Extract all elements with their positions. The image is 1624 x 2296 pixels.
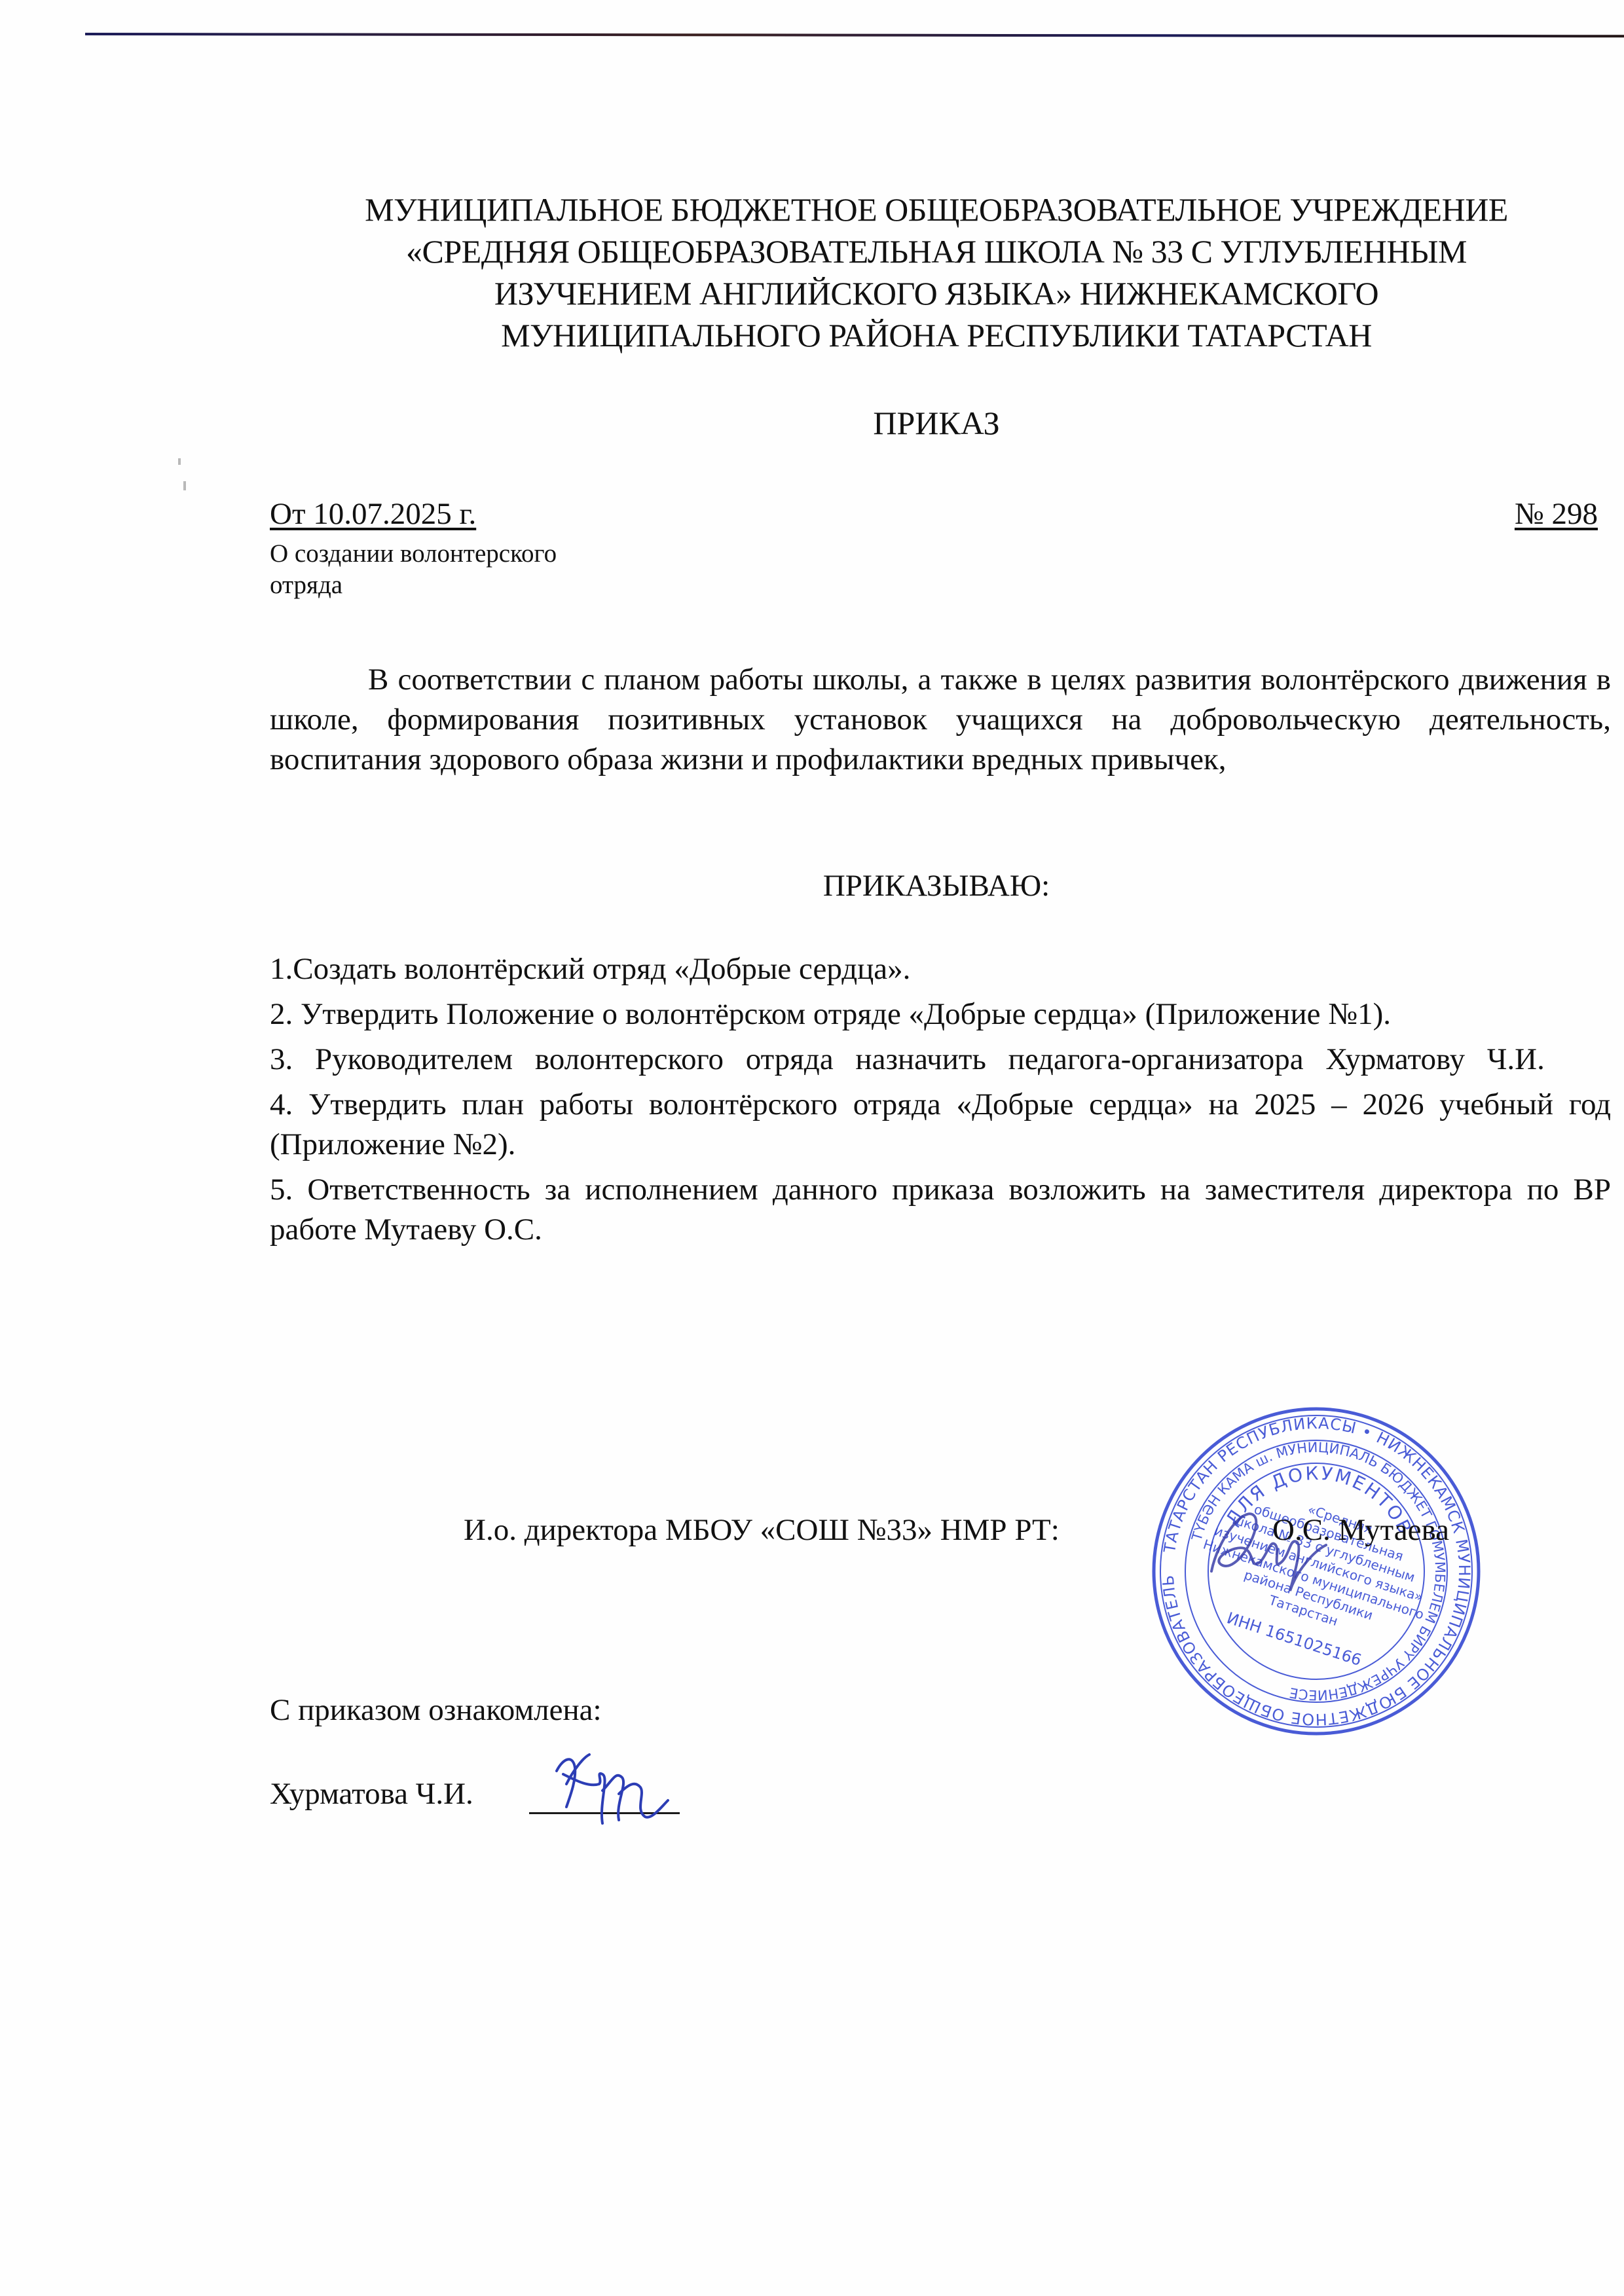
order-item: 2. Утвердить Положение о волонтёрском от… [270,994,1611,1034]
acknowledgement-handwritten-signature-icon [537,1745,694,1830]
header-line: МУНИЦИПАЛЬНОЕ БЮДЖЕТНОЕ ОБЩЕОБРАЗОВАТЕЛЬ… [249,189,1624,230]
order-date: От 10.07.2025 г. [270,496,476,532]
order-subject: О создании волонтерского отряда [270,538,557,601]
svg-text:ИНН 1651025166: ИНН 1651025166 [1225,1609,1364,1669]
header-line: «СРЕДНЯЯ ОБЩЕОБРАЗОВАТЕЛЬНАЯ ШКОЛА № 33 … [249,230,1624,272]
scan-edge-line [85,33,1624,37]
acknowledgement-label: С приказом ознакомлена: [270,1692,602,1728]
header-line: МУНИЦИПАЛЬНОГО РАЙОНА РЕСПУБЛИКИ ТАТАРСТ… [249,314,1624,356]
order-item: 5. Ответственность за исполнением данног… [270,1170,1611,1250]
scan-speck [183,481,186,490]
document-page: МУНИЦИПАЛЬНОЕ БЮДЖЕТНОЕ ОБЩЕОБРАЗОВАТЕЛЬ… [0,0,1624,2296]
subject-line: отряда [270,570,557,601]
order-item: 4. Утвердить план работы волонтёрского о… [270,1085,1611,1165]
scan-speck [178,458,181,465]
order-item: 1.Создать волонтёрский отряд «Добрые сер… [270,949,1611,989]
order-item: 3. Руководителем волонтерского отряда на… [270,1040,1611,1080]
director-position: И.о. директора МБОУ «СОШ №33» НМР РТ: [464,1513,1060,1547]
director-signature-block: И.о. директора МБОУ «СОШ №33» НМР РТ: О.… [464,1512,1060,1548]
institution-header: МУНИЦИПАЛЬНОЕ БЮДЖЕТНОЕ ОБЩЕОБРАЗОВАТЕЛЬ… [249,189,1624,356]
header-line: ИЗУЧЕНИЕМ АНГЛИЙСКОГО ЯЗЫКА» НИЖНЕКАМСКО… [249,272,1624,314]
order-number: № 298 [1515,496,1598,532]
acknowledged-person-name: Хурматова Ч.И. [270,1776,473,1812]
document-title: ПРИКАЗ [249,404,1624,442]
preamble-paragraph: В соответствии с планом работы школы, а … [270,660,1611,780]
subject-line: О создании волонтерского [270,538,557,570]
order-heading: ПРИКАЗЫВАЮ: [249,868,1624,903]
director-handwritten-signature-icon [1198,1499,1342,1597]
order-items-list: 1.Создать волонтёрский отряд «Добрые сер… [270,949,1611,1250]
